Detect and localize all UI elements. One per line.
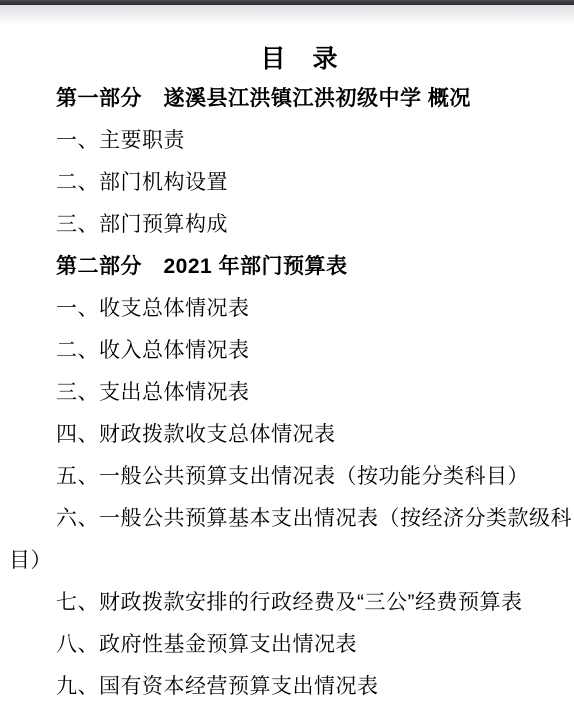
toc-section-heading: 第二部分 2021 年部门预算表 <box>9 246 574 288</box>
document-viewer: 目 录 第一部分 遂溪县江洪镇江洪初级中学 概况一、主要职责二、部门机构设置三、… <box>0 0 574 707</box>
toc-entry: 三、部门预算构成 <box>9 204 574 246</box>
toc-entry: 二、部门机构设置 <box>9 162 574 204</box>
toc-entry: 七、财政拨款安排的行政经费及“三公”经费预算表 <box>9 582 574 624</box>
toc-entry: 四、财政拨款收支总体情况表 <box>9 414 574 456</box>
toc-entry: 二、收入总体情况表 <box>9 330 574 372</box>
toc-entry: 九、国有资本经营预算支出情况表 <box>9 666 574 707</box>
toc-entry: 三、支出总体情况表 <box>9 372 574 414</box>
toc-entry: 六、一般公共预算基本支出情况表（按经济分类款级科 <box>9 498 574 540</box>
toc-entry: 八、政府性基金预算支出情况表 <box>9 624 574 666</box>
toc-entry: 一、主要职责 <box>9 120 574 162</box>
toc-list: 第一部分 遂溪县江洪镇江洪初级中学 概况一、主要职责二、部门机构设置三、部门预算… <box>9 78 574 707</box>
toc-title: 目 录 <box>9 43 574 75</box>
toc-entry: 一、收支总体情况表 <box>9 288 574 330</box>
toc-entry: 五、一般公共预算支出情况表（按功能分类科目） <box>9 456 574 498</box>
toc-entry: 目） <box>9 540 574 582</box>
document-page: 目 录 第一部分 遂溪县江洪镇江洪初级中学 概况一、主要职责二、部门机构设置三、… <box>0 0 574 707</box>
toc-section-heading: 第一部分 遂溪县江洪镇江洪初级中学 概况 <box>9 78 574 120</box>
